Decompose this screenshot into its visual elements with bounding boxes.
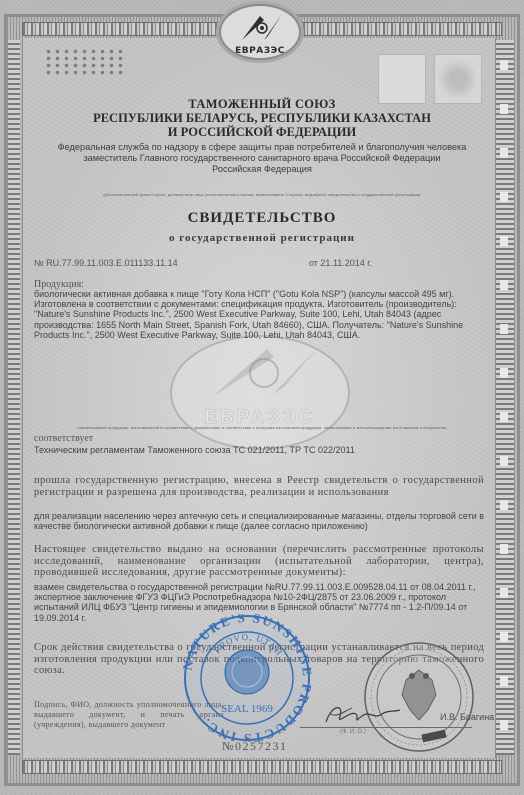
registration-passed-text: прошла государственную регистрацию, внес…	[34, 475, 484, 498]
eurasec-watermark: ЕВРАЗЭС	[170, 335, 350, 450]
signature-scribble-icon	[322, 700, 402, 728]
agency-line-1: Федеральная служба по надзору в сфере за…	[0, 142, 524, 153]
signatory-name: И.В. Брагина	[440, 712, 494, 722]
form-serial-number: №0257231	[222, 739, 287, 754]
authority-caption: (уполномоченный орган Сторон, должностно…	[0, 192, 524, 197]
signatory-caption: (Ф. И. О.)	[340, 729, 366, 735]
eurasec-emblem: ЕВРАЗЭС	[219, 4, 301, 60]
company-seal-icon: NATURE'S SUNSHINE PRODUCTS INC. PROVO, U…	[178, 614, 316, 742]
conformity-label: соответствует	[34, 433, 93, 444]
border-band-bottom	[22, 760, 502, 774]
header-line-2: РЕСПУБЛИКИ БЕЛАРУСЬ, РЕСПУБЛИКИ КАЗАХСТА…	[0, 111, 524, 126]
agency-line-2: заместитель Главного государственного са…	[0, 153, 524, 164]
certificate-sheet: ЕВРАЗЭС ТАМОЖЕННЫЙ СОЮЗ РЕСПУБЛИКИ БЕЛАР…	[0, 0, 524, 795]
basis-label: Настоящее свидетельство выдано на основа…	[34, 544, 484, 579]
rosette-pattern	[44, 48, 126, 76]
watermark-emblem-icon	[172, 337, 352, 407]
emblem-label: ЕВРАЗЭС	[221, 46, 299, 56]
certificate-subtitle: о государственной регистрации	[0, 232, 524, 244]
svg-text:SEAL 1969: SEAL 1969	[221, 703, 273, 715]
signature-line	[300, 727, 472, 728]
federal-seal-icon	[362, 640, 477, 755]
eurasec-emblem-icon	[238, 10, 286, 46]
header-line-1: ТАМОЖЕННЫЙ СОЮЗ	[0, 97, 524, 112]
product-description: биологически активная добавка к пище "Го…	[34, 289, 482, 340]
conformity-text: Техническим регламентам Таможенного союз…	[34, 445, 482, 455]
agency-line-3: Российская Федерация	[0, 164, 524, 175]
product-caption: (наименование продукции, изготовленной в…	[0, 425, 524, 430]
certificate-title: СВИДЕТЕЛЬСТВО	[0, 210, 524, 227]
registration-date: от 21.11.2014 г.	[309, 258, 372, 268]
usage-text: для реализации населению через аптечную …	[34, 511, 490, 531]
registration-number: № RU.77.99.11.003.E.011133.11.14	[34, 258, 178, 268]
header-line-3: И РОССИЙСКОЙ ФЕДЕРАЦИИ	[0, 125, 524, 140]
